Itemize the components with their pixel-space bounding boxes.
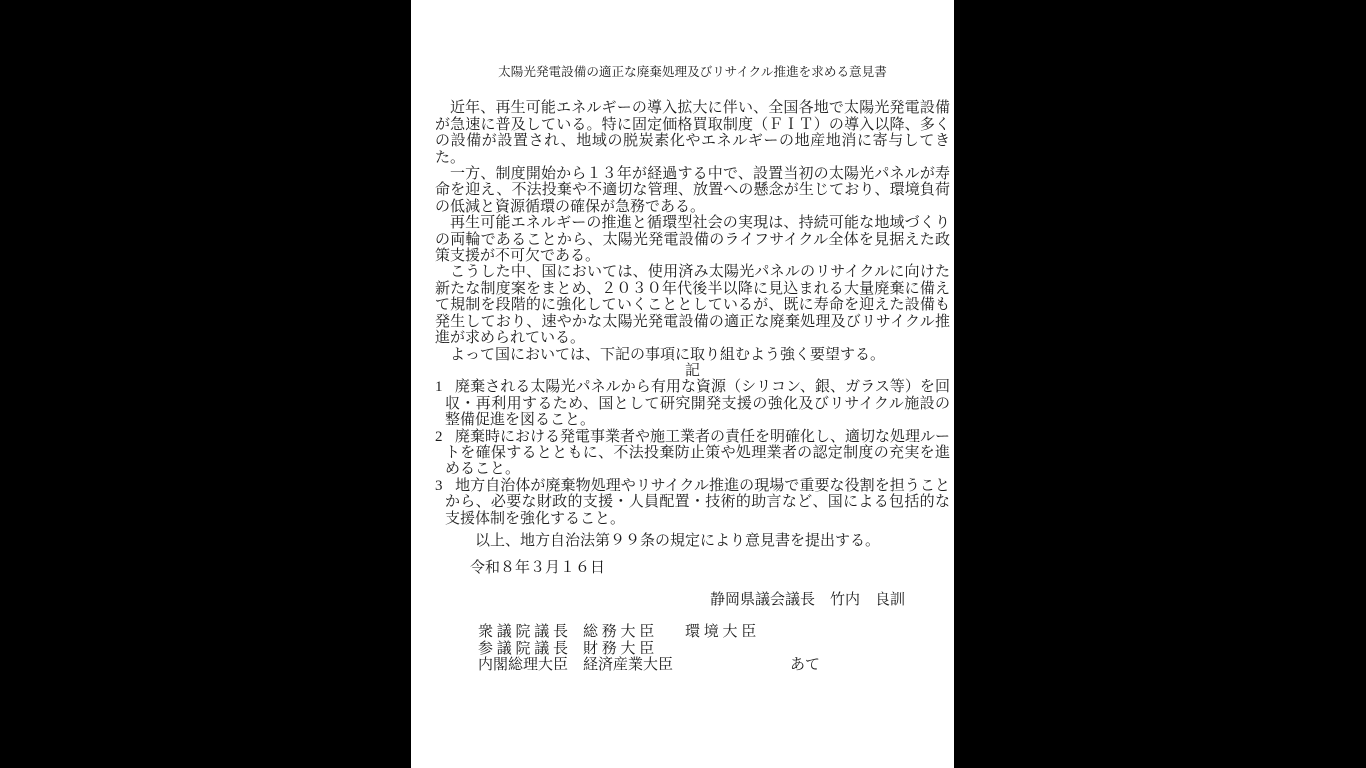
paragraph-intro: 近年、再生可能エネルギーの導入拡大に伴い、全国各地で太陽光発電設備が急速に普及し… (435, 100, 950, 166)
list-item-3-text: 地方自治体が廃棄物処理やリサイクル推進の現場で重要な役割を担うことから、必要な財… (445, 478, 950, 527)
closing-statement: 以上、地方自治法第９９条の規定により意見書を提出する。 (435, 533, 950, 549)
recipient-kankyo-daijin: 環 境 大 臣 (685, 624, 756, 640)
list-item-2-text: 廃棄時における発電事業者や施工業者の責任を明確化し、適切な処理ルートを確保すると… (445, 429, 950, 478)
recipient-row-3: 内閣総理大臣 経済産業大臣 あて (435, 657, 950, 673)
list-item-3-number: 3 (435, 478, 455, 494)
recipient-suffix-ate: あて (790, 657, 820, 673)
recipient-naikaku-sori-daijin: 内閣総理大臣 (478, 657, 568, 673)
recipient-row-1: 衆 議 院 議 長 総 務 大 臣 環 境 大 臣 (435, 624, 950, 640)
document-viewer-background: 太陽光発電設備の適正な廃棄処理及びリサイクル推進を求める意見書 近年、再生可能エ… (0, 0, 1366, 768)
recipient-zaimu-daijin: 財 務 大 臣 (583, 641, 654, 657)
list-item-1-text: 廃棄される太陽光パネルから有用な資源（シリコン、銀、ガラス等）を回収・再利用する… (445, 379, 950, 428)
signature: 静岡県議会議長 竹内 良訓 (435, 592, 950, 608)
recipient-keizai-sangyo-daijin: 経済産業大臣 (583, 657, 673, 673)
recipient-shugiin-gicho: 衆 議 院 議 長 (478, 624, 568, 640)
recipient-row-2: 参 議 院 議 長 財 務 大 臣 (435, 641, 950, 657)
paragraph-policy: 再生可能エネルギーの推進と循環型社会の実現は、持続可能な地域づくりの両輪であるこ… (435, 215, 950, 264)
document-title: 太陽光発電設備の適正な廃棄処理及びリサイクル推進を求める意見書 (435, 64, 950, 80)
recipient-somu-daijin: 総 務 大 臣 (583, 624, 654, 640)
list-item-2: 2廃棄時における発電事業者や施工業者の責任を明確化し、適切な処理ルートを確保する… (435, 429, 950, 478)
list-item-1: 1廃棄される太陽光パネルから有用な資源（シリコン、銀、ガラス等）を回収・再利用す… (435, 379, 950, 428)
ki-heading: 記 (435, 363, 950, 379)
recipients-block: 衆 議 院 議 長 総 務 大 臣 環 境 大 臣 参 議 院 議 長 財 務 … (435, 624, 950, 673)
list-item-1-number: 1 (435, 379, 455, 395)
paragraph-national-plan: こうした中、国においては、使用済み太陽光パネルのリサイクルに向けた新たな制度案を… (435, 264, 950, 346)
paragraph-problem: 一方、制度開始から１３年が経過する中で、設置当初の太陽光パネルが寿命を迎え、不法… (435, 166, 950, 215)
document-date: 令和８年３月１６日 (435, 560, 950, 576)
paragraph-request: よって国においては、下記の事項に取り組むよう強く要望する。 (435, 347, 950, 363)
list-item-2-number: 2 (435, 429, 455, 445)
recipient-sangiin-gicho: 参 議 院 議 長 (478, 641, 568, 657)
document-page: 太陽光発電設備の適正な廃棄処理及びリサイクル推進を求める意見書 近年、再生可能エ… (411, 0, 954, 768)
list-item-3: 3地方自治体が廃棄物処理やリサイクル推進の現場で重要な役割を担うことから、必要な… (435, 478, 950, 527)
document-content: 太陽光発電設備の適正な廃棄処理及びリサイクル推進を求める意見書 近年、再生可能エ… (435, 64, 950, 673)
